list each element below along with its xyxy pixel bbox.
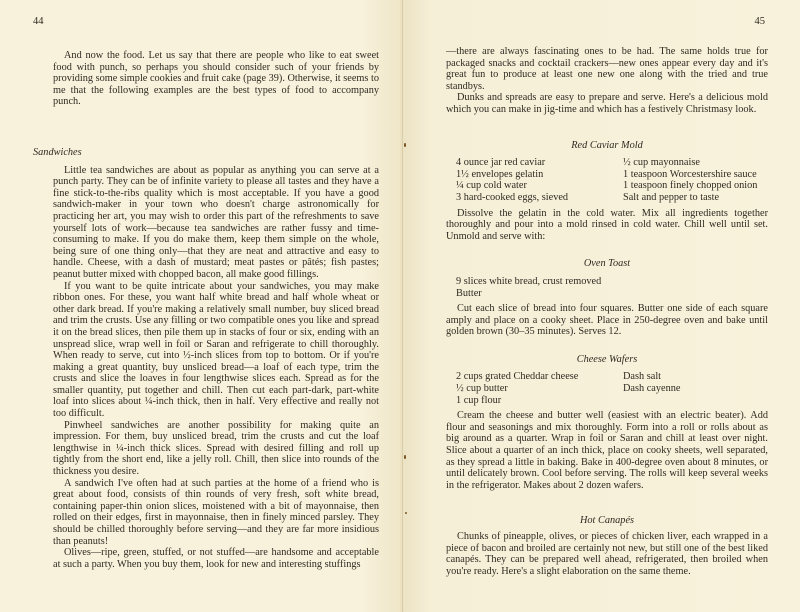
recipe-directions: Chunks of pineapple, olives, or pieces o… bbox=[446, 531, 768, 577]
page-number: 45 bbox=[755, 16, 766, 27]
ingredient: 1½ envelopes gelatin bbox=[456, 169, 623, 181]
ingredient: 9 slices white bread, crust removed bbox=[456, 276, 623, 288]
ingredient: 2 cups grated Cheddar cheese bbox=[456, 371, 623, 383]
ingredient: Salt and pepper to taste bbox=[623, 192, 757, 204]
ingredient: 1 teaspoon finely chopped onion bbox=[623, 180, 757, 192]
body-paragraph: Olives—ripe, green, stuffed, or not stuf… bbox=[53, 547, 379, 570]
ingredient: 3 hard-cooked eggs, sieved bbox=[456, 192, 623, 204]
intro-block: And now the food. Let us say that there … bbox=[53, 50, 379, 108]
body-paragraph: A sandwich I've often had at such partie… bbox=[53, 478, 379, 548]
continuation-paragraph: —there are always fascinating ones to be… bbox=[446, 46, 768, 92]
body-paragraph: If you want to be quite intricate about … bbox=[53, 281, 379, 420]
ingredient: 1 teaspoon Worcestershire sauce bbox=[623, 169, 757, 181]
recipe-title: Hot Canapés bbox=[446, 515, 768, 527]
ingredient: 1 cup flour bbox=[456, 395, 623, 407]
recipe-title: Oven Toast bbox=[446, 258, 768, 270]
book-spread: 44 And now the food. Let us say that the… bbox=[0, 0, 800, 612]
ingredient: Dash salt bbox=[623, 371, 680, 383]
recipe-directions: Dissolve the gelatin in the cold water. … bbox=[446, 208, 768, 243]
recipe-red-caviar-mold: Red Caviar Mold 4 ounce jar red caviar 1… bbox=[446, 140, 768, 243]
page-number: 44 bbox=[33, 16, 44, 27]
ingredient-list: 2 cups grated Cheddar cheese ½ cup butte… bbox=[456, 371, 768, 406]
body-paragraph: Little tea sandwiches are about as popul… bbox=[53, 165, 379, 281]
paper-blemish bbox=[404, 455, 406, 459]
paper-blemish bbox=[405, 512, 407, 514]
recipe-cheese-wafers: Cheese Wafers 2 cups grated Cheddar chee… bbox=[446, 354, 768, 492]
ingredient: ¼ cup cold water bbox=[456, 180, 623, 192]
section-heading: Sandwiches bbox=[33, 147, 379, 159]
right-page-body: —there are always fascinating ones to be… bbox=[446, 46, 768, 577]
sandwiches-section: Sandwiches Little tea sandwiches are abo… bbox=[53, 147, 379, 570]
ingredient: Butter bbox=[456, 288, 623, 300]
intro-paragraph: And now the food. Let us say that there … bbox=[53, 50, 379, 108]
recipe-title: Red Caviar Mold bbox=[446, 140, 768, 152]
paper-blemish bbox=[404, 143, 406, 147]
recipe-title: Cheese Wafers bbox=[446, 354, 768, 366]
recipe-directions: Cut each slice of bread into four square… bbox=[446, 303, 768, 338]
body-paragraph: Pinwheel sandwiches are another possibil… bbox=[53, 420, 379, 478]
recipe-oven-toast: Oven Toast 9 slices white bread, crust r… bbox=[446, 258, 768, 338]
recipe-directions: Cream the cheese and butter well (easies… bbox=[446, 410, 768, 491]
right-page: 45 —there are always fascinating ones to… bbox=[400, 0, 800, 612]
ingredient: 4 ounce jar red caviar bbox=[456, 157, 623, 169]
left-page: 44 And now the food. Let us say that the… bbox=[0, 0, 400, 612]
book-gutter bbox=[402, 0, 403, 612]
ingredient-list: 9 slices white bread, crust removed Butt… bbox=[456, 276, 768, 299]
ingredient: ½ cup butter bbox=[456, 383, 623, 395]
ingredient-list: 4 ounce jar red caviar 1½ envelopes gela… bbox=[456, 157, 768, 203]
ingredient: ½ cup mayonnaise bbox=[623, 157, 757, 169]
ingredient: Dash cayenne bbox=[623, 383, 680, 395]
dunks-paragraph: Dunks and spreads are easy to prepare an… bbox=[446, 92, 768, 115]
recipe-hot-canapes: Hot Canapés Chunks of pineapple, olives,… bbox=[446, 515, 768, 577]
